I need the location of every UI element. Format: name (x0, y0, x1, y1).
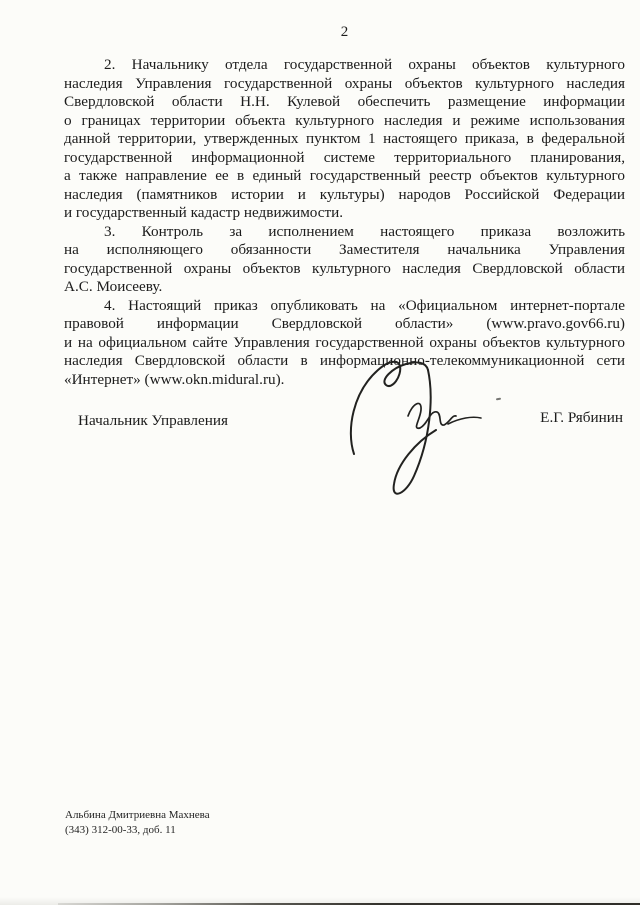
text-line: и на официальном сайте Управления госуда… (64, 334, 625, 353)
page-number: 2 (64, 24, 625, 41)
contact-phone: (343) 312-00-33, доб. 11 (65, 823, 210, 838)
text-line: наследия Управления государственной охра… (64, 75, 625, 94)
text-line: Свердловской области Н.Н. Кулевой обеспе… (64, 93, 625, 112)
scan-artifact-speck (496, 398, 501, 401)
text-line: о границах территории объекта культурног… (64, 112, 625, 131)
scanned-document-page: 2 2. Начальнику отдела государственной о… (0, 0, 640, 905)
text-line: А.С. Моисееву. (64, 278, 625, 297)
text-line: 2. Начальнику отдела государственной охр… (64, 56, 625, 75)
signer-name: Е.Г. Рябинин (540, 409, 623, 427)
text-line: государственной информационной системе т… (64, 149, 625, 168)
text-line: правовой информации Свердловской области… (64, 315, 625, 334)
text-line: наследия (памятников истории и культуры)… (64, 186, 625, 205)
text-line: «Интернет» (www.okn.midural.ru). (64, 371, 625, 390)
text-line: 4. Настоящий приказ опубликовать на «Офи… (64, 297, 625, 316)
text-line: и государственный кадастр недвижимости. (64, 204, 625, 223)
signature-row: Начальник Управления Е.Г. Рябинин (64, 409, 625, 431)
text-line: государственной охраны объектов культурн… (64, 260, 625, 279)
text-line: 3. Контроль за исполнением настоящего пр… (64, 223, 625, 242)
text-line: наследия Свердловской области в информац… (64, 352, 625, 371)
text-line: данной территории, утвержденных пунктом … (64, 130, 625, 149)
signer-position-label: Начальник Управления (78, 412, 228, 430)
text-line: а также направление ее в единый государс… (64, 167, 625, 186)
contact-footer: Альбина Дмитриевна Махнева (343) 312-00-… (65, 808, 210, 838)
text-line: на исполняющего обязанности Заместителя … (64, 241, 625, 260)
contact-name: Альбина Дмитриевна Махнева (65, 808, 210, 823)
document-body: 2. Начальнику отдела государственной охр… (64, 56, 625, 389)
